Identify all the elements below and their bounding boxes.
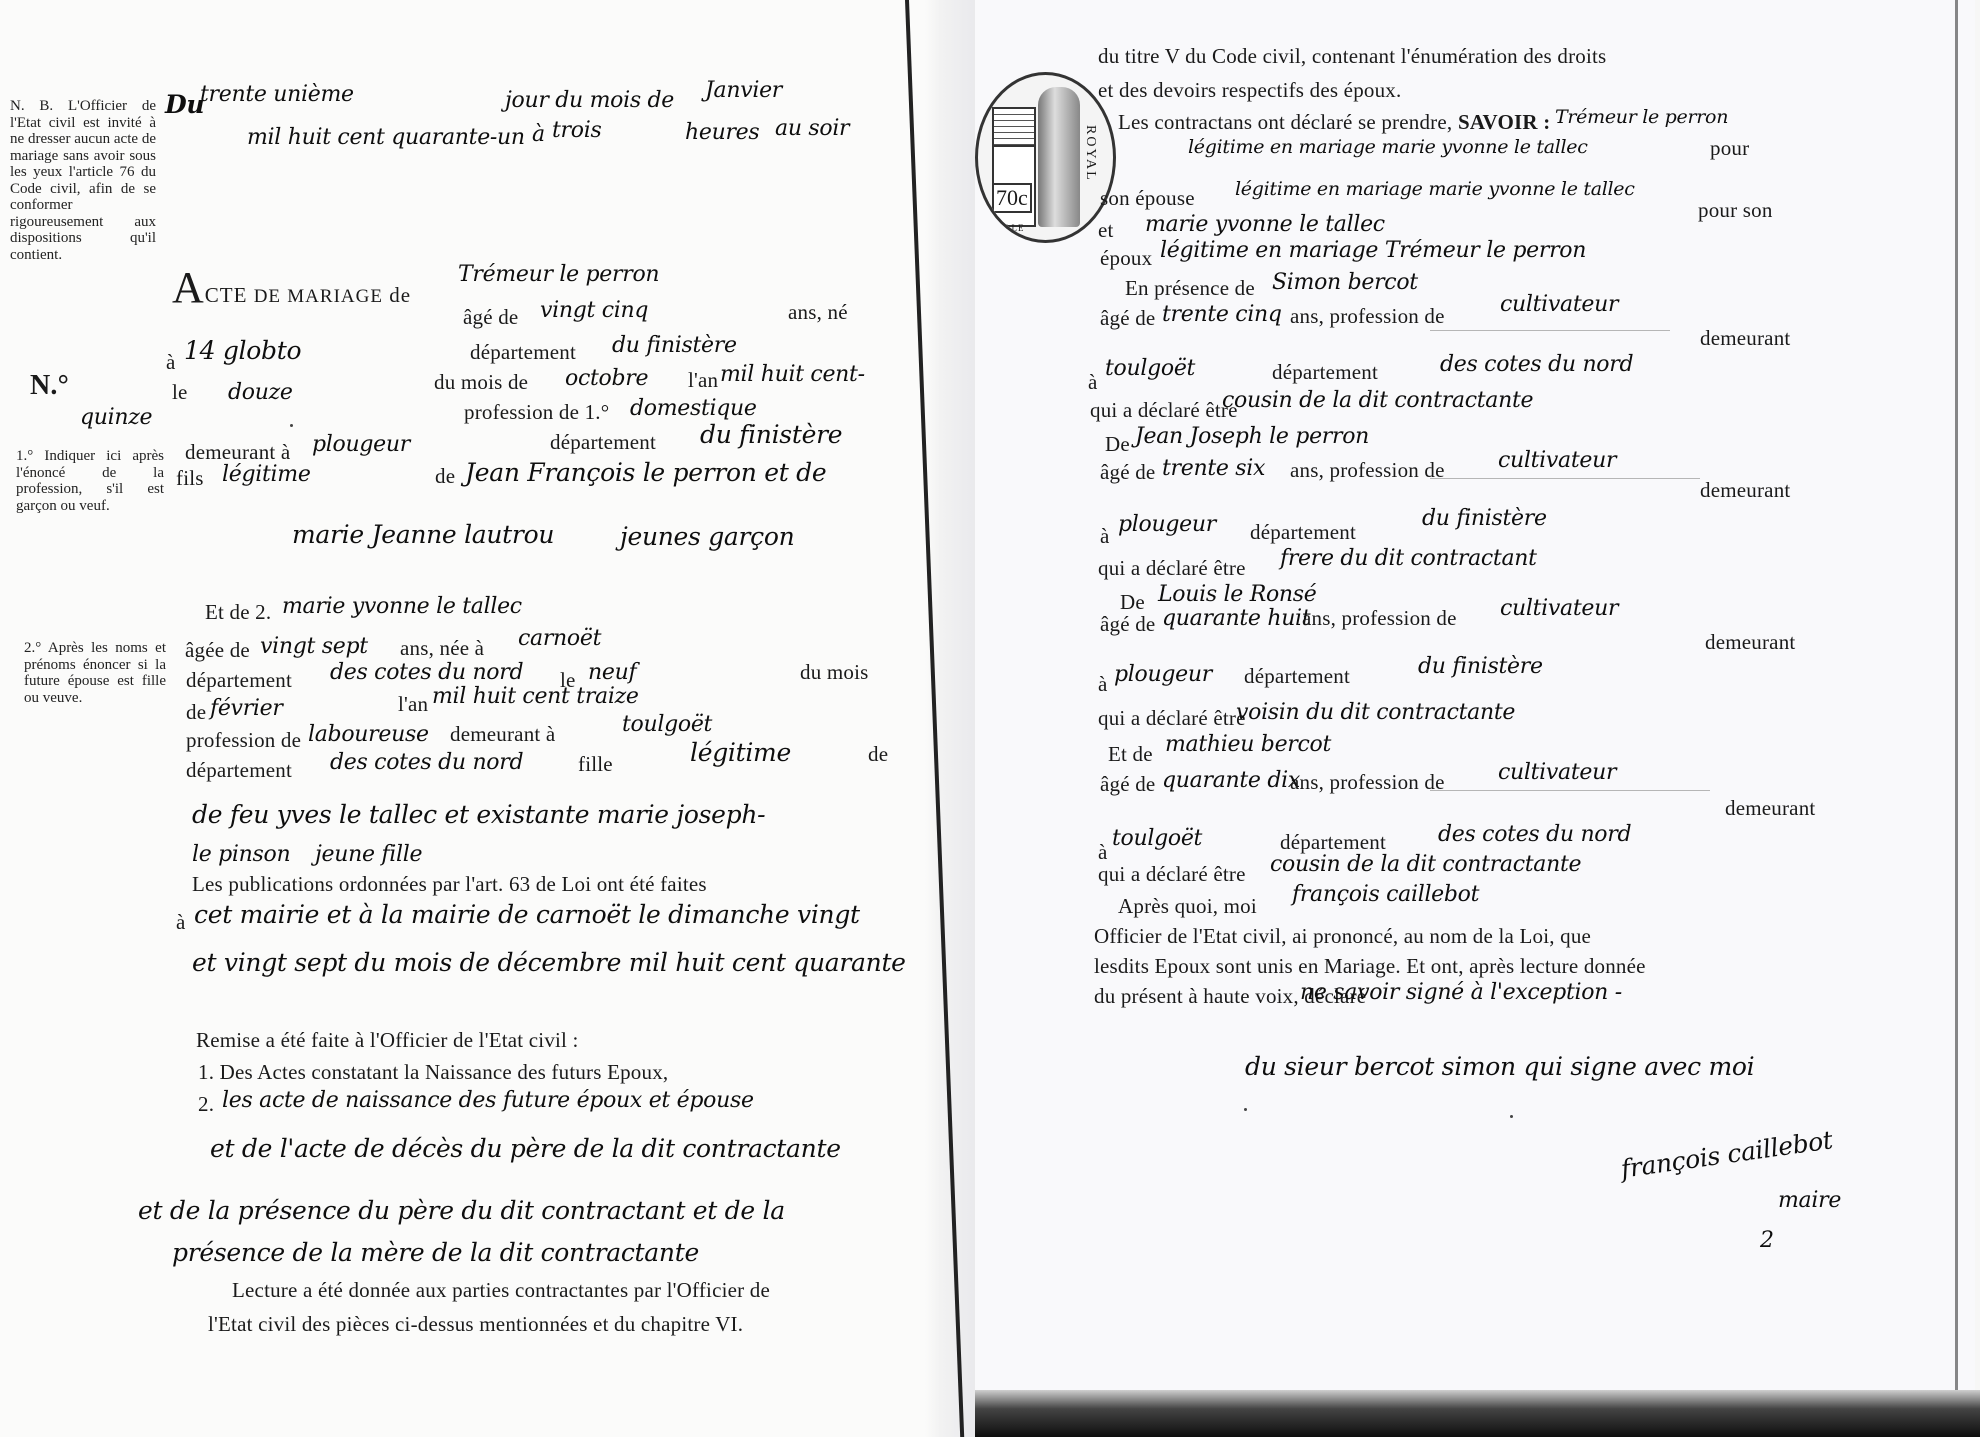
groom-age-label: âgé de — [463, 305, 518, 330]
publications-a-label: à — [176, 910, 186, 935]
witness-1-a-label: à — [1088, 370, 1098, 395]
groom-le-label: le — [172, 380, 188, 405]
remise-item-2d: présence de la mère de la dit contractan… — [172, 1238, 699, 1267]
intro-line-2: et des devoirs respectifs des époux. — [1098, 78, 1401, 103]
title-de2: de — [389, 283, 411, 307]
margin-note-1: 1.° Indiquer ici après l'énoncé de la pr… — [16, 448, 164, 514]
witness-4-residence: toulgoët — [1112, 826, 1202, 851]
record-number-label: N.° — [30, 370, 69, 402]
witness-2-residence: plougeur — [1118, 512, 1216, 537]
record-number-value: quinze — [80, 405, 152, 430]
bride-fille-label: fille — [578, 752, 613, 777]
intro-bride: marie yvonne le tallec — [1145, 212, 1385, 237]
stamp-figure-icon — [1038, 87, 1080, 227]
witness-3-prof-label: ans, profession de — [1302, 606, 1457, 631]
guide-rule — [1430, 478, 1700, 479]
bride-age: vingt sept — [260, 634, 368, 659]
witness-4-prof-label: ans, profession de — [1290, 770, 1445, 795]
publications-hand-2: et vingt sept du mois de décembre mil hu… — [192, 948, 906, 977]
witness-3-dept: du finistère — [1418, 654, 1543, 679]
right-page-edge — [1955, 0, 1958, 1437]
groom-mois-label: du mois de — [434, 370, 528, 395]
witness-2-profession: cultivateur — [1498, 448, 1616, 473]
bride-residence-dept-label: département — [186, 758, 292, 783]
closing-line-1: Officier de l'Etat civil, ai prononcé, a… — [1094, 924, 1591, 949]
guide-rule — [1430, 330, 1670, 331]
witness-4-age: quarante dix — [1162, 768, 1300, 793]
intro-pour-son: pour son — [1698, 198, 1773, 223]
remise-item-2-num: 2. — [198, 1092, 214, 1117]
groom-residence: plougeur — [312, 432, 410, 457]
scan-speck — [1244, 1108, 1247, 1111]
title-initial: A — [172, 263, 205, 312]
groom-birth-month: octobre — [565, 366, 648, 391]
bride-residence-label: demeurant à — [450, 722, 555, 747]
witness-3-profession: cultivateur — [1500, 596, 1618, 621]
witness-3-residence: plougeur — [1114, 662, 1212, 687]
margin-note-nb: N. B. L'Officier de l'Etat civil est inv… — [10, 98, 156, 263]
bride-mois-label: du mois — [800, 660, 869, 685]
title-acte: CTE — [205, 283, 248, 307]
witness-2-relation-label: qui a déclaré être — [1098, 556, 1246, 581]
witness-4-profession: cultivateur — [1498, 760, 1616, 785]
groom-birth-day: douze — [228, 380, 293, 405]
witness-3-name: Louis le Ronsé — [1158, 582, 1316, 607]
witness-1-demeurant: demeurant — [1700, 326, 1790, 351]
witness-1-intro: En présence de — [1125, 276, 1255, 301]
intro-line-1: du titre V du Code civil, contenant l'én… — [1098, 44, 1606, 69]
groom-status: jeunes garçon — [620, 522, 794, 551]
witness-4-relation: cousin de la dit contractante — [1270, 852, 1581, 877]
stamp-value: 70c — [992, 183, 1032, 213]
header-year: mil huit cent quarante-un — [247, 125, 525, 150]
bride-residence: toulgoët — [622, 712, 712, 737]
header-period: au soir — [775, 116, 849, 141]
witness-1-age: trente cinq — [1162, 302, 1282, 327]
header-hour: trois — [552, 118, 601, 143]
scan-bottom-shadow — [975, 1390, 1980, 1437]
groom-dept: du finistère — [612, 333, 737, 358]
bride-birth-month: février — [210, 696, 283, 721]
groom-age: vingt cinq — [540, 298, 648, 323]
groom-born-place: 14 globto — [184, 336, 301, 365]
revenue-stamp: 70c ROYAL GAILLE — [975, 72, 1116, 243]
closing-line-2: lesdits Epoux sont unis en Mariage. Et o… — [1094, 954, 1646, 979]
bride-residence-dept: des cotes du nord — [330, 750, 523, 775]
witness-4-dept: des cotes du nord — [1438, 822, 1631, 847]
intro-et: et — [1098, 218, 1114, 243]
intro-savoir: SAVOIR : — [1458, 110, 1550, 135]
bride-filiation: légitime — [690, 738, 791, 767]
bride-profession: laboureuse — [308, 722, 429, 747]
bride-an-label: l'an — [398, 692, 428, 717]
witness-2-age-label: âgé de — [1100, 460, 1155, 485]
intro-son-epouse-hand: légitime en mariage marie yvonne le tall… — [1235, 178, 1635, 200]
closing-officer: françois caillebot — [1292, 882, 1479, 907]
paraph-mark: 2 — [1760, 1228, 1774, 1253]
closing-exception: du sieur bercot simon qui signe avec moi — [1245, 1052, 1754, 1081]
bride-birth-day: neuf — [588, 660, 636, 685]
stamp-legend: ROYAL — [1082, 125, 1098, 182]
publications-text: Les publications ordonnées par l'art. 63… — [192, 872, 707, 897]
witness-1-prof-label: ans, profession de — [1290, 304, 1445, 329]
bride-name: marie yvonne le tallec — [282, 594, 522, 619]
witness-1-name: Simon bercot — [1272, 270, 1418, 295]
witness-3-demeurant: demeurant — [1705, 630, 1795, 655]
witness-3-relation-label: qui a déclaré être — [1098, 706, 1246, 731]
bride-profession-label: profession de — [186, 728, 301, 753]
header-month: Janvier — [705, 78, 782, 103]
bride-status: jeune fille — [315, 842, 422, 867]
witness-4-age-label: âgé de — [1100, 772, 1155, 797]
witness-2-age: trente six — [1162, 456, 1265, 481]
bride-dept-label: département — [186, 668, 292, 693]
witness-3-dept-label: département — [1244, 664, 1350, 689]
closing-apres-quoi: Après quoi, moi — [1118, 894, 1257, 919]
header-du: Du — [165, 90, 204, 119]
witness-1-profession: cultivateur — [1500, 292, 1618, 317]
witness-1-relation-label: qui a déclaré être — [1090, 398, 1238, 423]
witness-3-a-label: à — [1098, 672, 1108, 697]
intro-pour: pour — [1710, 136, 1749, 161]
margin-note-2: 2.° Après les noms et prénoms énoncer si… — [24, 640, 166, 706]
intro-groom: Trémeur le perron — [1555, 106, 1728, 128]
witness-3-age: quarante huit — [1162, 606, 1310, 631]
bride-dept: des cotes du nord — [330, 660, 523, 685]
header-a: à — [532, 122, 545, 147]
mayor-title: maire — [1778, 1188, 1841, 1213]
witness-4-relation-label: qui a déclaré être — [1098, 862, 1246, 887]
header-day: trente unième — [200, 82, 354, 107]
remise-item-2c: et de la présence du père du dit contrac… — [138, 1196, 785, 1225]
groom-parents-label: de — [435, 464, 455, 489]
witness-2-prof-label: ans, profession de — [1290, 458, 1445, 483]
title-mariage: MARIAGE — [287, 286, 383, 307]
groom-profession: domestique — [630, 396, 757, 421]
witness-1-dept: des cotes du nord — [1440, 352, 1633, 377]
bride-parents-line2: le pinson — [192, 842, 290, 867]
stamp-base-text: GAILLE — [986, 223, 1025, 233]
groom-an-label: l'an — [688, 368, 718, 393]
groom-residence-dept: du finistère — [700, 420, 842, 449]
bride-age-label: âgée de — [185, 638, 250, 663]
groom-name: Trémeur le perron — [458, 262, 659, 287]
remise-heading: Remise a été faite à l'Officier de l'Eta… — [196, 1028, 579, 1053]
title-de: DE — [254, 286, 281, 307]
groom-born-label: à — [166, 350, 176, 375]
document-title: ACTE DE MARIAGE de — [172, 262, 411, 313]
intro-son-epouse: son épouse — [1100, 186, 1195, 211]
witness-2-demeurant: demeurant — [1700, 478, 1790, 503]
groom-residence-dept-label: département — [550, 430, 656, 455]
bride-born-place: carnoët — [518, 626, 601, 651]
groom-ans-ne: ans, né — [788, 300, 848, 325]
scan-speck — [1510, 1115, 1513, 1118]
groom-profession-label: profession de 1.° — [464, 400, 609, 425]
witness-2-relation: frere du dit contractant — [1280, 546, 1537, 571]
closing-declaration: ne savoir signé à l'exception - — [1300, 980, 1622, 1005]
remise-item-1: 1. Des Actes constatant la Naissance des… — [198, 1060, 668, 1085]
witness-4-name: mathieu bercot — [1165, 732, 1331, 757]
scan-speck — [290, 424, 293, 427]
header-heures: heures — [685, 120, 759, 145]
bride-parents: de feu yves le tallec et existante marie… — [192, 800, 765, 829]
witness-2-intro: De — [1105, 432, 1130, 457]
witness-1-dept-label: département — [1272, 360, 1378, 385]
witness-2-dept-label: département — [1250, 520, 1356, 545]
witness-1-age-label: âgé de — [1100, 306, 1155, 331]
header-jour-du-mois: jour du mois de — [505, 88, 674, 113]
witness-1-residence: toulgoët — [1105, 356, 1195, 381]
bride-birth-year: mil huit cent traize — [432, 684, 639, 709]
intro-epoux-hand: légitime en mariage Trémeur le perron — [1160, 238, 1586, 263]
intro-epoux: époux — [1100, 246, 1152, 271]
publications-hand-1: cet mairie et à la mairie de carnoët le … — [194, 900, 860, 929]
intro-bride-line: légitime en mariage marie yvonne le tall… — [1188, 136, 1588, 158]
remise-item-2b: et de l'acte de décès du père de la dit … — [210, 1134, 841, 1163]
intro-line-3: Les contractans ont déclaré se prendre, — [1118, 110, 1452, 135]
witness-3-age-label: âgé de — [1100, 612, 1155, 637]
groom-dept-label: département — [470, 340, 576, 365]
bride-et-de-label: Et de 2. — [205, 600, 271, 625]
bride-de-label: de — [186, 700, 206, 725]
witness-3-relation: voisin du dit contractante — [1236, 700, 1515, 725]
witness-2-dept: du finistère — [1422, 506, 1547, 531]
lecture-line-1: Lecture a été donnée aux parties contrac… — [232, 1278, 770, 1303]
witness-1-relation: cousin de la dit contractante — [1222, 388, 1533, 413]
groom-fils-label: fils — [176, 466, 204, 491]
lecture-line-2: l'Etat civil des pièces ci-dessus mentio… — [208, 1312, 743, 1337]
stamp-tablet-icon — [992, 107, 1036, 147]
groom-parents: Jean François le perron et de — [465, 458, 826, 487]
witness-2-a-label: à — [1100, 524, 1110, 549]
bride-nee-label: ans, née à — [400, 636, 484, 661]
groom-birth-year: mil huit cent- — [720, 362, 865, 387]
groom-filiation: légitime — [222, 462, 311, 487]
groom-parents-line2: marie Jeanne lautrou — [292, 520, 554, 549]
guide-rule — [1430, 790, 1710, 791]
witness-4-demeurant: demeurant — [1725, 796, 1815, 821]
witness-4-intro: Et de — [1108, 742, 1153, 767]
remise-item-2: les acte de naissance des future époux e… — [222, 1088, 754, 1113]
witness-2-name: Jean Joseph le perron — [1135, 424, 1369, 449]
bride-de-label2: de — [868, 742, 888, 767]
